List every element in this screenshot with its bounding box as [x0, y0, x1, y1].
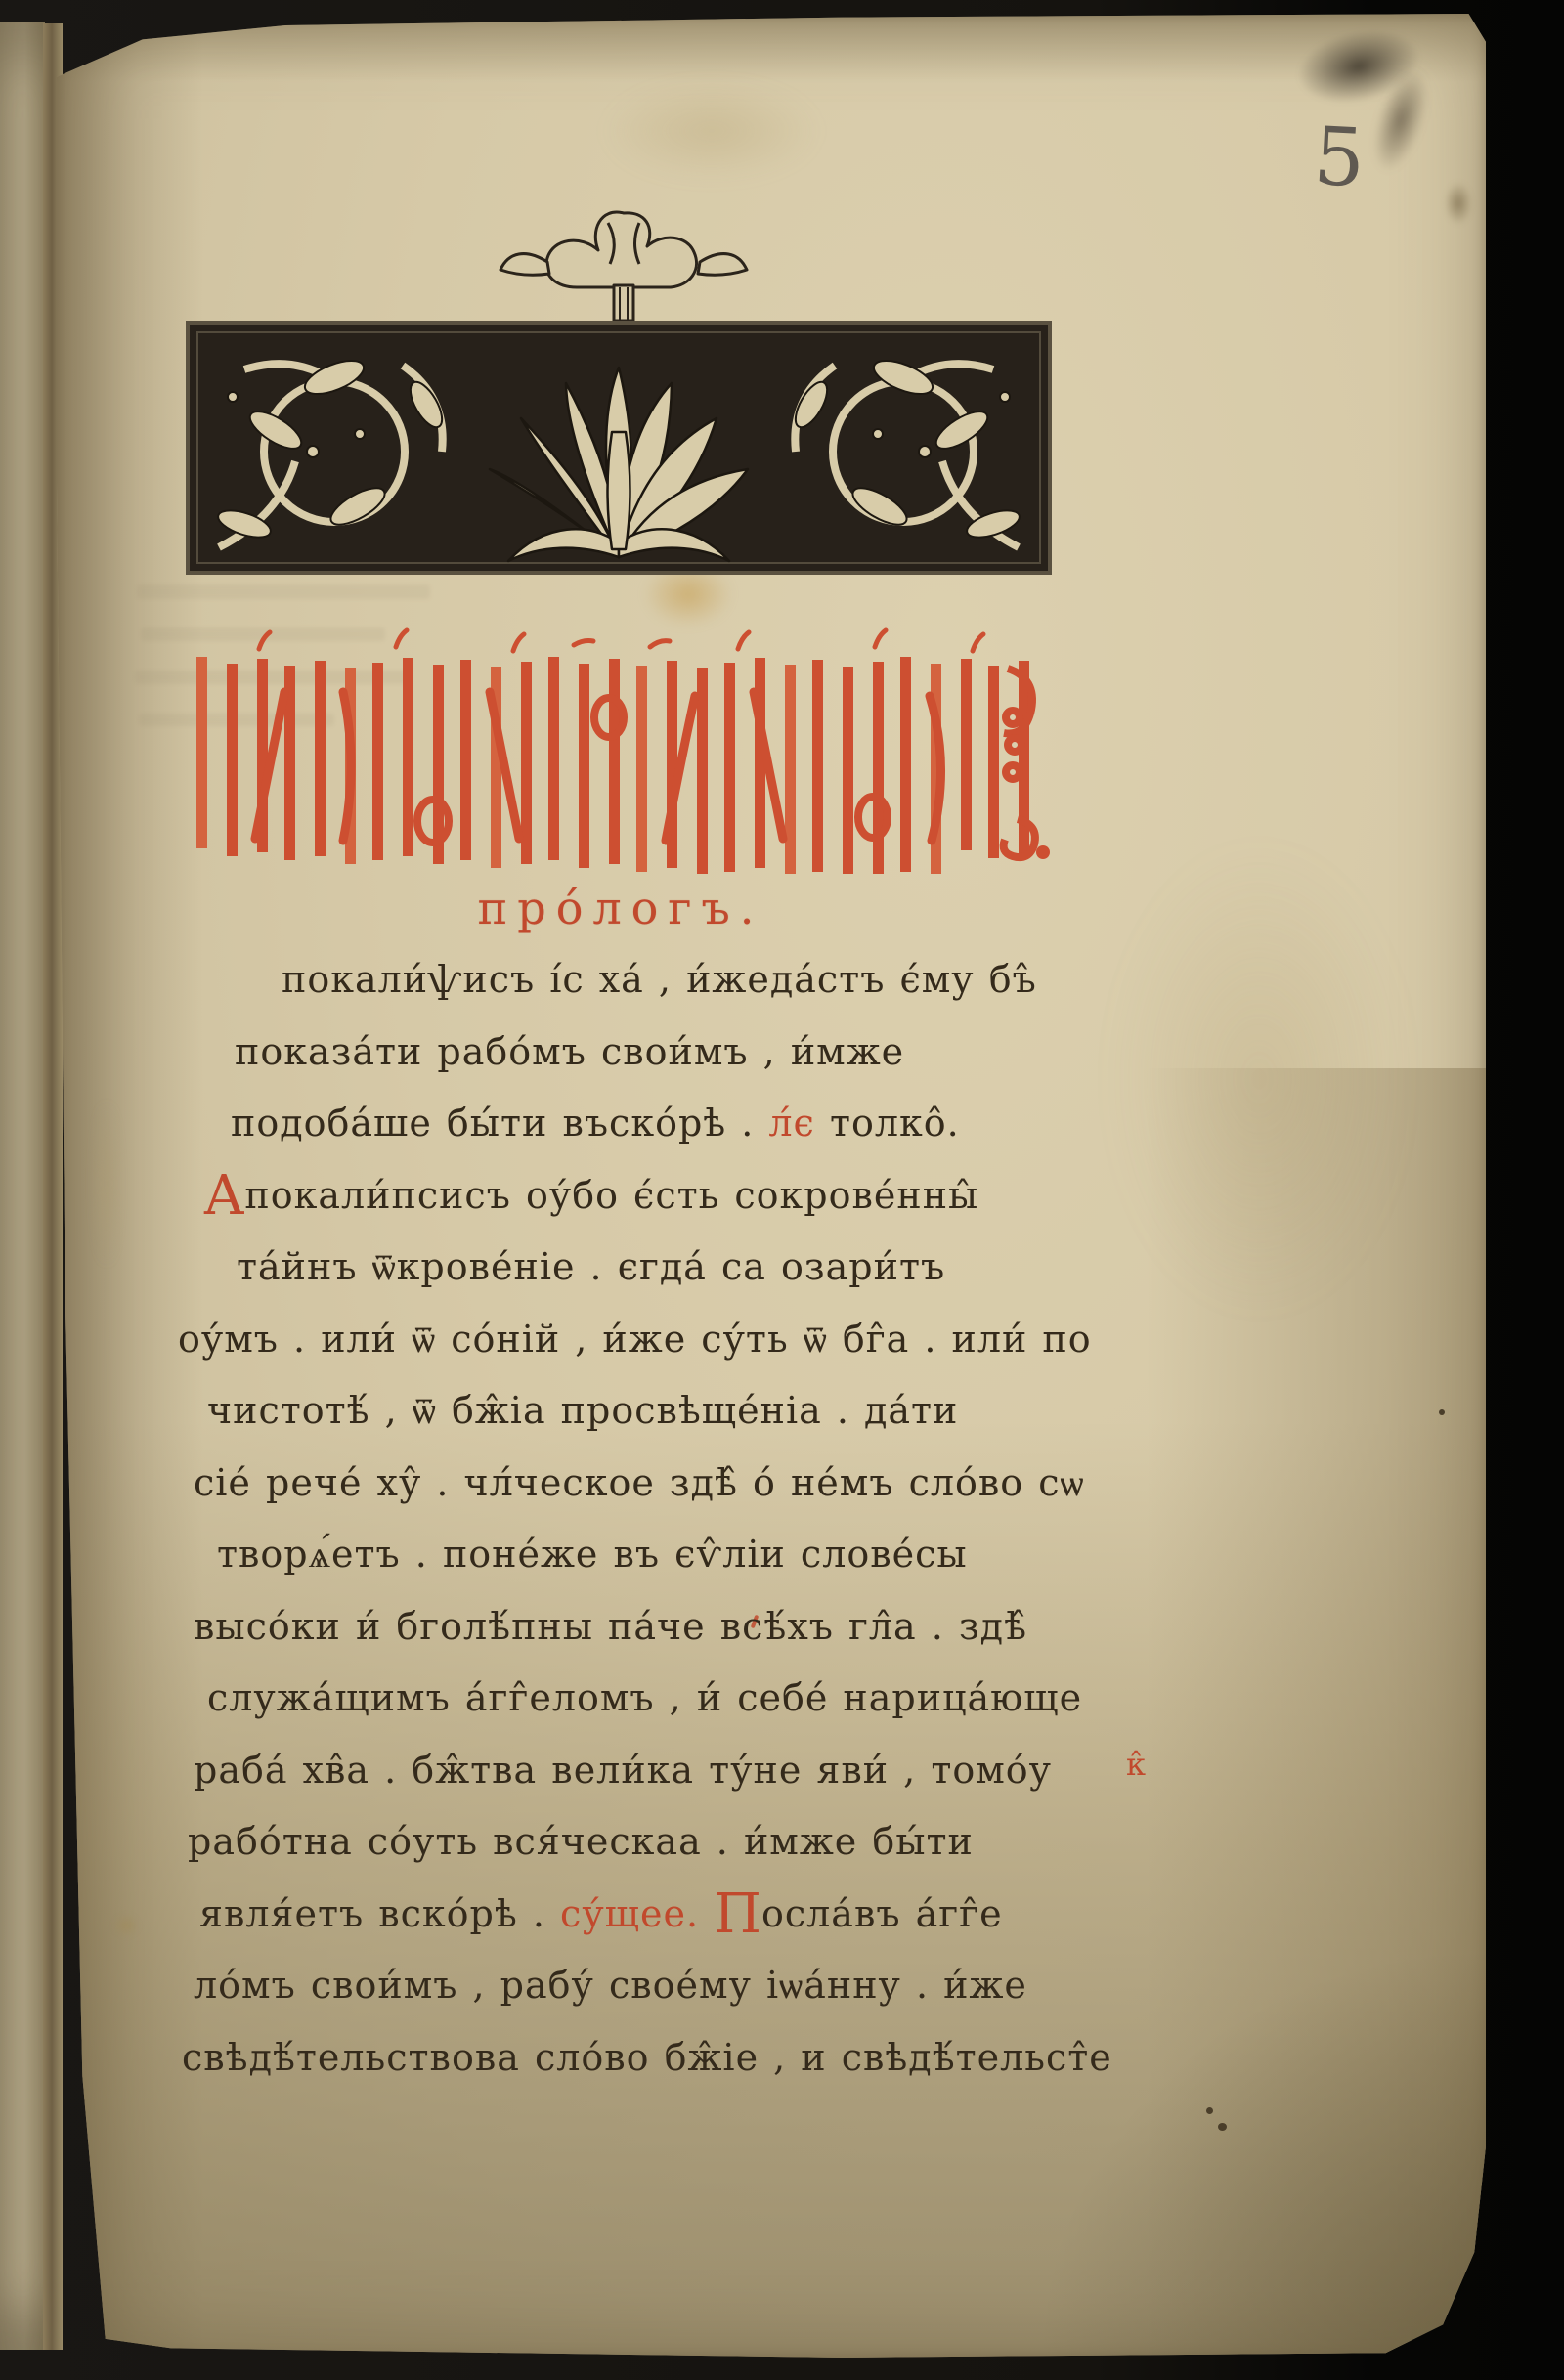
text-line: Апокали́псисъ оу́бо є́сть сокрове́нны̂ [203, 1160, 1189, 1233]
margin-rubric-note: к̂ [1126, 1746, 1146, 1783]
edge-shadow-right [1000, 1068, 1486, 2358]
text-line: сіе́ рече́ ху̂ . чл́ческое здѣ̂ о́ не́мъ… [194, 1448, 1189, 1520]
ink-speck [1439, 1409, 1445, 1415]
text-line: явля́етъ вско́рѣ . су́щее. Посла́въ а́гг… [199, 1879, 1189, 1951]
edge-shadow-bottom [57, 1420, 1486, 2358]
headpiece-finial-flower [499, 207, 749, 323]
text-run: рабо́тна со́уть вся́ческаа . и́мже бы́ти [188, 1820, 974, 1863]
manuscript-scan: woodcut foliate head-piece [0, 0, 1564, 2380]
text-line: творѧ́етъ . поне́же въ єѵ̂ліи слове́сы [217, 1519, 1189, 1591]
bleedthrough-text [139, 714, 334, 726]
text-line: та́йнъ ѿкрове́ніе . єгда́ са озари́тъ [237, 1232, 1189, 1304]
text-run: та́йнъ ѿкрове́ніе . єгда́ са озари́тъ [237, 1245, 945, 1288]
text-run: раба́ хв̂а . бж̂тва вели́ка ту́не яви́ ,… [194, 1749, 1052, 1792]
bleedthrough-text [137, 584, 430, 599]
text-run: подоба́ше бы́ти въско́рѣ . [231, 1102, 768, 1145]
text-run: толко̂. [830, 1102, 960, 1145]
gutter-shadow [57, 14, 203, 2358]
text-run: показа́ти рабо́мъ свои́мъ , и́мже [235, 1030, 904, 1073]
text-run: творѧ́етъ . поне́же въ єѵ̂ліи слове́сы [217, 1533, 968, 1576]
rubric-tick [751, 1615, 760, 1629]
text-run: чистотѣ́ , ѿ бж̂іа просвѣще́ніа . да́ти [207, 1389, 958, 1432]
corner-stain-bottom-right [1036, 1947, 1486, 2358]
text-run: высо́ки и́ бголѣ́пны па́че всѣ́хъ гл̂а .… [194, 1605, 1027, 1648]
water-stain [643, 561, 733, 627]
text-run: явля́етъ вско́рѣ . [199, 1892, 560, 1935]
faint-stain [604, 82, 819, 180]
vyaz-title-graphic: апокалипсисъ ст̂го іѡанна бг̂ослова [191, 627, 1051, 874]
rubric-run: П [714, 1882, 761, 1946]
ink-speck [1218, 2123, 1227, 2131]
text-run: покали́псисъ оу́бо є́сть сокрове́нны̂ [244, 1174, 978, 1217]
text-run: покали́ѱисъ і́с ха́ , и́жеда́стъ є́му бъ… [282, 958, 1037, 1001]
text-line: раба́ хв̂а . бж̂тва вели́ка ту́не яви́ ,… [194, 1735, 1189, 1807]
ink-speck [1206, 2107, 1213, 2114]
text-line: покали́ѱисъ і́с ха́ , и́жеда́стъ є́му бъ… [282, 944, 1189, 1017]
text-run: ло́мъ свои́мъ , рабу́ свое́му іѡа́нну . … [194, 1964, 1027, 2007]
faint-stain [1112, 844, 1406, 1314]
folio-number: 5 [1312, 110, 1368, 206]
edge-spot [1445, 182, 1472, 225]
text-line: оу́мъ . или́ ѿ со́ній , и́же су́ть ѿ бг̂… [178, 1304, 1189, 1376]
text-line: подоба́ше бы́ти въско́рѣ . л́є толко̂. [231, 1088, 1189, 1160]
text-line: свѣдѣ́тельствова сло́во бж̂іе , и свѣдѣ́… [182, 2022, 1189, 2095]
text-line: рабо́тна со́уть вся́ческаа . и́мже бы́ти [188, 1806, 1189, 1879]
rubric-run: л́є [768, 1102, 830, 1145]
bleedthrough-text [135, 671, 409, 684]
ink-smudge [1290, 19, 1427, 113]
text-run: оу́мъ . или́ ѿ со́ній , и́же су́ть ѿ бг̂… [178, 1318, 1092, 1361]
edge-shadow-top [57, 14, 1486, 82]
ink-smudge-tail [1363, 63, 1439, 179]
text-run: свѣдѣ́тельствова сло́во бж̂іе , и свѣдѣ́… [182, 2036, 1112, 2079]
text-line: высо́ки и́ бголѣ́пны па́че всѣ́хъ гл̂а .… [194, 1591, 1189, 1664]
foxing-spot [96, 1101, 117, 1267]
text-run: сіе́ рече́ ху̂ . чл́ческое здѣ̂ о́ не́мъ… [194, 1461, 1085, 1504]
facing-page-edge [0, 22, 45, 2350]
bleedthrough-text [141, 627, 385, 641]
text-run: осла́въ а́гг̂е [761, 1892, 1003, 1935]
headpiece-ornament: woodcut foliate head-piece [186, 315, 1052, 581]
text-line: показа́ти рабо́мъ свои́мъ , и́мже [235, 1017, 1189, 1089]
rubric-run: су́щее. [560, 1892, 714, 1935]
text-run: служа́щимъ а́гг̂еломъ , и́ себе́ нарица́… [207, 1676, 1082, 1719]
rubric-run: А [203, 1164, 244, 1228]
body-text: покали́ѱисъ і́с ха́ , и́жеда́стъ є́му бъ… [192, 944, 1189, 2094]
text-line: ло́мъ свои́мъ , рабу́ свое́му іѡа́нну . … [194, 1950, 1189, 2022]
manuscript-page: woodcut foliate head-piece [57, 14, 1486, 2358]
prologue-heading: про́логъ. [191, 882, 1051, 934]
text-line: служа́щимъ а́гг̂еломъ , и́ себе́ нарица́… [207, 1663, 1189, 1735]
text-line: чистотѣ́ , ѿ бж̂іа просвѣще́ніа . да́ти [207, 1375, 1189, 1448]
foxing-spot [113, 1915, 139, 1936]
